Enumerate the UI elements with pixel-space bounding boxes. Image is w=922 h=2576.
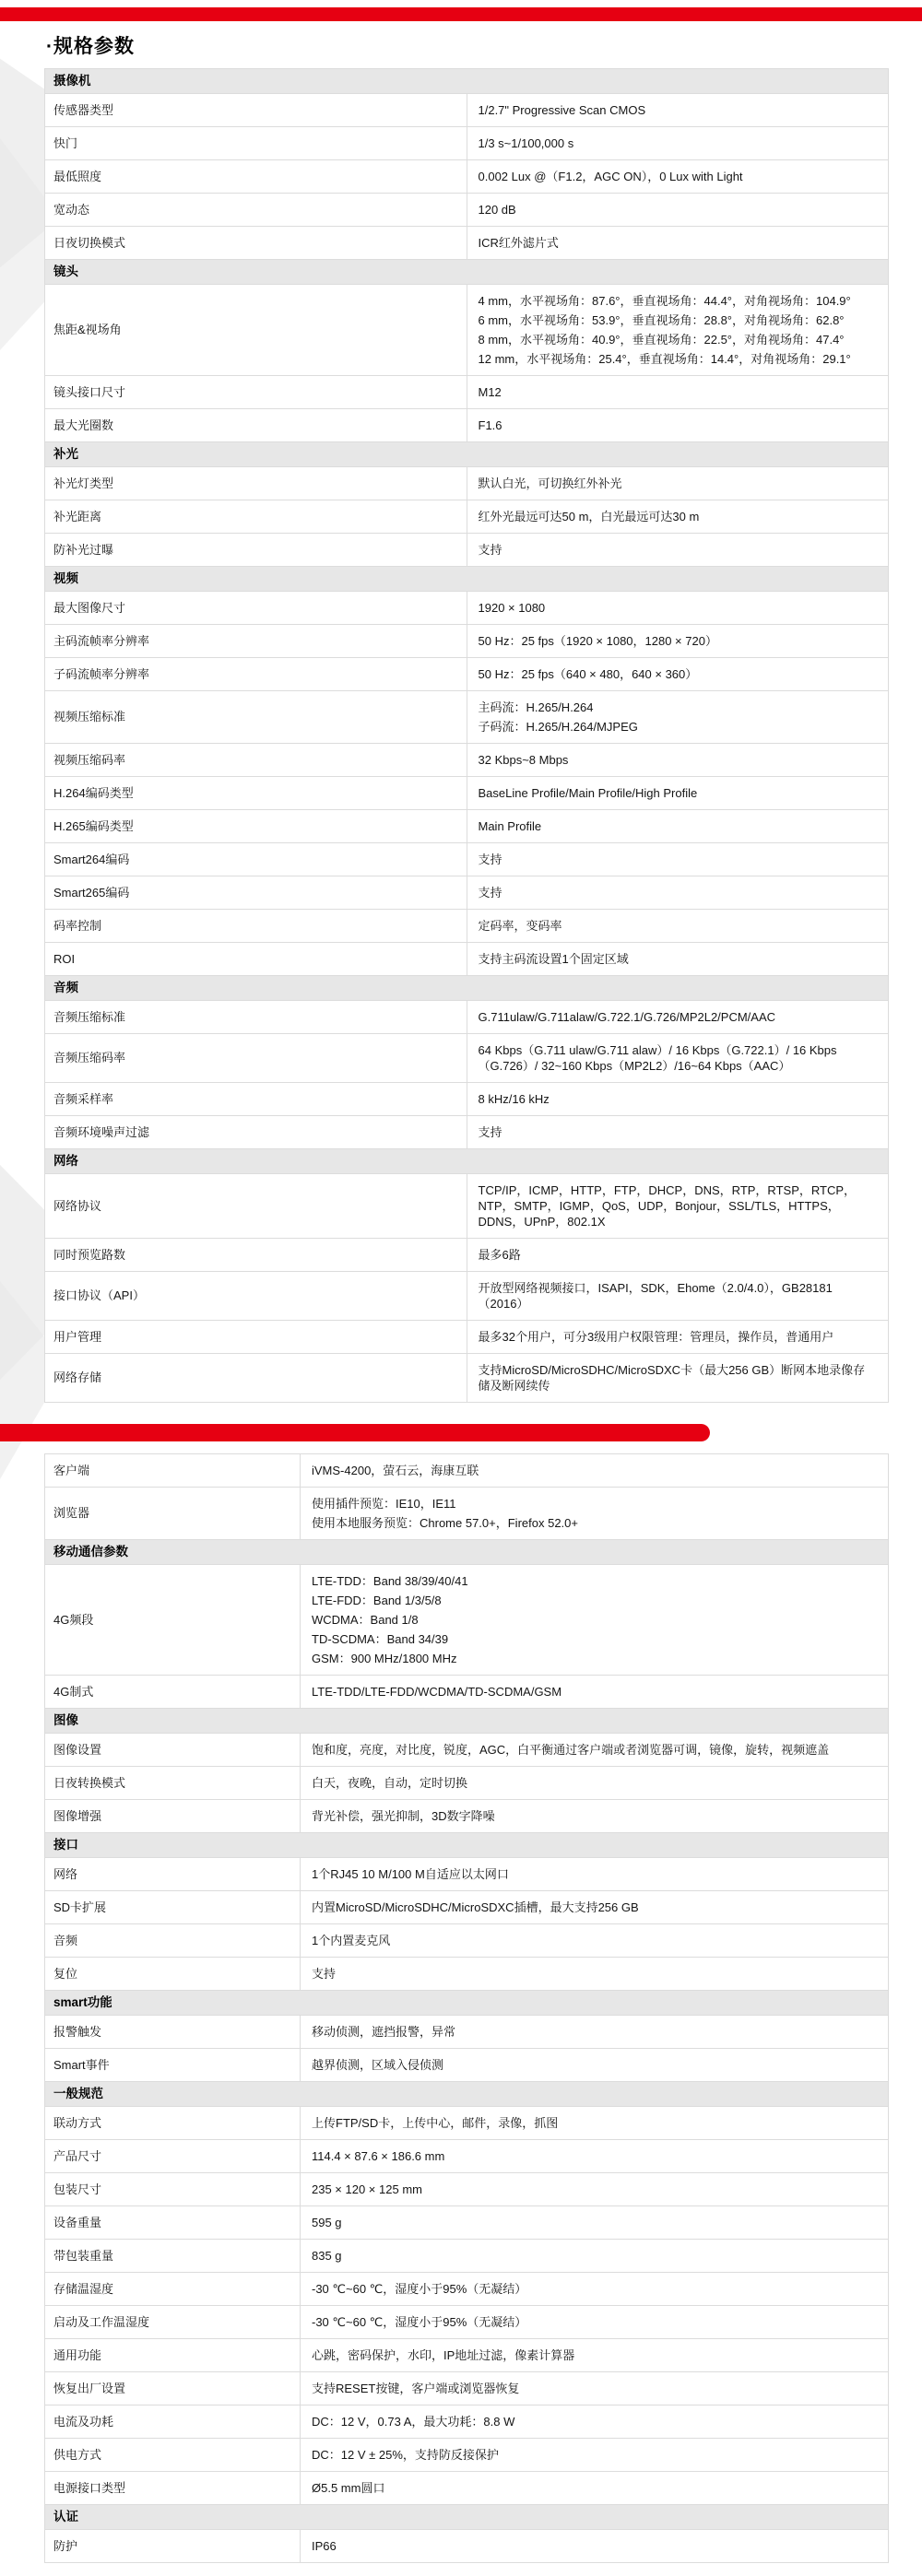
spec-value-line: G.711ulaw/G.711alaw/G.722.1/G.726/MP2L2/… bbox=[479, 1009, 878, 1025]
spec-row: SD卡扩展内置MicroSD/MicroSDHC/MicroSDXC插槽，最大支… bbox=[45, 1891, 889, 1924]
spec-value: LTE-TDD/LTE-FDD/WCDMA/TD-SCDMA/GSM bbox=[301, 1676, 889, 1709]
spec-value: 支持 bbox=[467, 843, 889, 876]
spec-value: 64 Kbps（G.711 ulaw/G.711 alaw）/ 16 Kbps（… bbox=[467, 1034, 889, 1083]
spec-value: iVMS-4200，萤石云，海康互联 bbox=[301, 1454, 889, 1488]
spec-value: M12 bbox=[467, 376, 889, 409]
bottom-spacer bbox=[0, 2563, 922, 2576]
spec-label: 视频压缩标准 bbox=[45, 691, 467, 744]
spec-label: 传感器类型 bbox=[45, 94, 467, 127]
spec-value-line: Ø5.5 mm圆口 bbox=[312, 2480, 877, 2496]
spec-row: 音频环境噪声过滤支持 bbox=[45, 1116, 889, 1149]
spec-value-line: 1个RJ45 10 M/100 M自适应以太网口 bbox=[312, 1866, 877, 1882]
spec-value: 1/3 s~1/100,000 s bbox=[467, 127, 889, 160]
spec-table-lower-body: 客户端iVMS-4200，萤石云，海康互联浏览器使用插件预览：IE10，IE11… bbox=[45, 1454, 889, 2563]
spec-label: 防补光过曝 bbox=[45, 534, 467, 567]
section-header-row: 网络 bbox=[45, 1149, 889, 1174]
spec-label: 接口协议（API） bbox=[45, 1272, 467, 1321]
section-header-row: 摄像机 bbox=[45, 69, 889, 94]
spec-value: 235 × 120 × 125 mm bbox=[301, 2173, 889, 2206]
spec-label: 复位 bbox=[45, 1958, 301, 1991]
spec-label: 产品尺寸 bbox=[45, 2140, 301, 2173]
spec-row: 电源接口类型Ø5.5 mm圆口 bbox=[45, 2472, 889, 2505]
spec-value-line: F1.6 bbox=[479, 418, 878, 433]
spec-row: 网络1个RJ45 10 M/100 M自适应以太网口 bbox=[45, 1858, 889, 1891]
spec-value: 越界侦测，区域入侵侦测 bbox=[301, 2049, 889, 2082]
spec-table-upper: 摄像机传感器类型1/2.7" Progressive Scan CMOS快门1/… bbox=[44, 68, 889, 1403]
spec-value: 背光补偿，强光抑制，3D数字降噪 bbox=[301, 1800, 889, 1833]
spec-value: 835 g bbox=[301, 2240, 889, 2273]
spec-value: 默认白光，可切换红外补光 bbox=[467, 467, 889, 500]
spec-row: 4G制式LTE-TDD/LTE-FDD/WCDMA/TD-SCDMA/GSM bbox=[45, 1676, 889, 1709]
section-header: 认证 bbox=[45, 2505, 889, 2530]
spec-row: Smart265编码支持 bbox=[45, 876, 889, 910]
section-header-row: 视频 bbox=[45, 567, 889, 592]
spec-row: 日夜转换模式白天，夜晚，自动，定时切换 bbox=[45, 1767, 889, 1800]
spec-value: 内置MicroSD/MicroSDHC/MicroSDXC插槽，最大支持256 … bbox=[301, 1891, 889, 1924]
spec-label: 主码流帧率分辨率 bbox=[45, 625, 467, 658]
section-header-row: 认证 bbox=[45, 2505, 889, 2530]
spec-label: 焦距&视场角 bbox=[45, 285, 467, 376]
section-header-row: 图像 bbox=[45, 1709, 889, 1734]
spec-row: 图像增强背光补偿，强光抑制，3D数字降噪 bbox=[45, 1800, 889, 1833]
spec-value-line: 默认白光，可切换红外补光 bbox=[479, 476, 878, 491]
spec-row: 设备重量595 g bbox=[45, 2206, 889, 2240]
spec-value: IP66 bbox=[301, 2530, 889, 2563]
spec-value: 50 Hz：25 fps（1920 × 1080，1280 × 720） bbox=[467, 625, 889, 658]
spec-row: H.265编码类型Main Profile bbox=[45, 810, 889, 843]
spec-row: 日夜切换模式ICR红外滤片式 bbox=[45, 227, 889, 260]
spec-value: 595 g bbox=[301, 2206, 889, 2240]
spec-value-line: LTE-TDD/LTE-FDD/WCDMA/TD-SCDMA/GSM bbox=[312, 1684, 877, 1700]
spec-row: 音频压缩码率64 Kbps（G.711 ulaw/G.711 alaw）/ 16… bbox=[45, 1034, 889, 1083]
spec-value-line: 1920 × 1080 bbox=[479, 600, 878, 616]
section-header: 补光 bbox=[45, 442, 889, 467]
spec-label: 宽动态 bbox=[45, 194, 467, 227]
spec-value-line: 支持RESET按键，客户端或浏览器恢复 bbox=[312, 2381, 877, 2396]
spec-value-line: 使用插件预览：IE10，IE11 bbox=[312, 1496, 877, 1511]
spec-value-line: 越界侦测，区域入侵侦测 bbox=[312, 2057, 877, 2073]
spec-value: LTE-TDD：Band 38/39/40/41LTE-FDD：Band 1/3… bbox=[301, 1565, 889, 1676]
spec-value-line: 235 × 120 × 125 mm bbox=[312, 2182, 877, 2197]
spec-value-line: 4 mm，水平视场角：87.6°，垂直视场角：44.4°，对角视场角：104.9… bbox=[479, 293, 878, 309]
spec-row: 音频压缩标准G.711ulaw/G.711alaw/G.722.1/G.726/… bbox=[45, 1001, 889, 1034]
section-header: 镜头 bbox=[45, 260, 889, 285]
spec-label: 补光灯类型 bbox=[45, 467, 467, 500]
spec-value-line: TD-SCDMA：Band 34/39 bbox=[312, 1631, 877, 1647]
spec-value-line: 背光补偿，强光抑制，3D数字降噪 bbox=[312, 1808, 877, 1824]
spec-value-line: 定码率，变码率 bbox=[479, 918, 878, 934]
spec-label: 同时预览路数 bbox=[45, 1239, 467, 1272]
spec-value: 1个RJ45 10 M/100 M自适应以太网口 bbox=[301, 1858, 889, 1891]
spec-value: 移动侦测，遮挡报警，异常 bbox=[301, 2016, 889, 2049]
spec-table-lower: 客户端iVMS-4200，萤石云，海康互联浏览器使用插件预览：IE10，IE11… bbox=[44, 1453, 889, 2563]
spec-label: Smart265编码 bbox=[45, 876, 467, 910]
spec-value: 1/2.7" Progressive Scan CMOS bbox=[467, 94, 889, 127]
spec-value-line: WCDMA：Band 1/8 bbox=[312, 1612, 877, 1628]
spec-value: 最多32个用户，可分3级用户权限管理：管理员，操作员，普通用户 bbox=[467, 1321, 889, 1354]
spec-value-line: 50 Hz：25 fps（1920 × 1080，1280 × 720） bbox=[479, 633, 878, 649]
spec-value: 32 Kbps~8 Mbps bbox=[467, 744, 889, 777]
spec-row: 最大光圈数F1.6 bbox=[45, 409, 889, 442]
spec-value-line: 1个内置麦克风 bbox=[312, 1933, 877, 1948]
spec-row: 快门1/3 s~1/100,000 s bbox=[45, 127, 889, 160]
spec-value-line: 595 g bbox=[312, 2215, 877, 2230]
spec-value-line: GSM：900 MHz/1800 MHz bbox=[312, 1651, 877, 1666]
spec-value-line: 最多6路 bbox=[479, 1247, 878, 1263]
section-header: 接口 bbox=[45, 1833, 889, 1858]
spec-value-line: 使用本地服务预览：Chrome 57.0+，Firefox 52.0+ bbox=[312, 1515, 877, 1531]
spec-value-line: 1/2.7" Progressive Scan CMOS bbox=[479, 102, 878, 118]
spec-document: ·规格参数 摄像机传感器类型1/2.7" Progressive Scan CM… bbox=[0, 0, 922, 2576]
spec-label: 浏览器 bbox=[45, 1488, 301, 1540]
spec-label: 带包装重量 bbox=[45, 2240, 301, 2273]
spec-value: 使用插件预览：IE10，IE11使用本地服务预览：Chrome 57.0+，Fi… bbox=[301, 1488, 889, 1540]
spec-label: ROI bbox=[45, 943, 467, 976]
spec-label: 联动方式 bbox=[45, 2107, 301, 2140]
spec-value-line: 1/3 s~1/100,000 s bbox=[479, 135, 878, 151]
section-header: 视频 bbox=[45, 567, 889, 592]
spec-value-line: -30 ℃~60 ℃，湿度小于95%（无凝结） bbox=[312, 2281, 877, 2297]
spec-value-line: TCP/IP，ICMP，HTTP，FTP，DHCP，DNS，RTP，RTSP，R… bbox=[479, 1182, 878, 1229]
spec-row: 供电方式DC：12 V ± 25%，支持防反接保护 bbox=[45, 2439, 889, 2472]
spec-value-line: BaseLine Profile/Main Profile/High Profi… bbox=[479, 785, 878, 801]
spec-row: 防护IP66 bbox=[45, 2530, 889, 2563]
spec-row: 网络协议TCP/IP，ICMP，HTTP，FTP，DHCP，DNS，RTP，RT… bbox=[45, 1174, 889, 1239]
spec-label: 补光距离 bbox=[45, 500, 467, 534]
spec-value: DC：12 V，0.73 A，最大功耗：8.8 W bbox=[301, 2405, 889, 2439]
spec-value-line: 支持 bbox=[479, 885, 878, 900]
spec-value-line: 120 dB bbox=[479, 202, 878, 218]
spec-value-line: LTE-TDD：Band 38/39/40/41 bbox=[312, 1573, 877, 1589]
spec-row: 包装尺寸235 × 120 × 125 mm bbox=[45, 2173, 889, 2206]
spec-label: 图像设置 bbox=[45, 1734, 301, 1767]
spec-label: 启动及工作温湿度 bbox=[45, 2306, 301, 2339]
spec-value-line: 12 mm，水平视场角：25.4°，垂直视场角：14.4°，对角视场角：29.1… bbox=[479, 351, 878, 367]
spec-row: 主码流帧率分辨率50 Hz：25 fps（1920 × 1080，1280 × … bbox=[45, 625, 889, 658]
top-red-bar bbox=[0, 7, 922, 21]
spec-label: 最大光圈数 bbox=[45, 409, 467, 442]
spec-label: 4G频段 bbox=[45, 1565, 301, 1676]
spec-row: 带包装重量835 g bbox=[45, 2240, 889, 2273]
spec-label: 包装尺寸 bbox=[45, 2173, 301, 2206]
spec-value-line: iVMS-4200，萤石云，海康互联 bbox=[312, 1463, 877, 1478]
spec-value-line: 32 Kbps~8 Mbps bbox=[479, 752, 878, 768]
spec-label: 客户端 bbox=[45, 1454, 301, 1488]
spec-row: ROI支持主码流设置1个固定区域 bbox=[45, 943, 889, 976]
spec-row: 视频压缩标准主码流：H.265/H.264子码流：H.265/H.264/MJP… bbox=[45, 691, 889, 744]
spec-label: 存储温湿度 bbox=[45, 2273, 301, 2306]
spec-value: -30 ℃~60 ℃，湿度小于95%（无凝结） bbox=[301, 2273, 889, 2306]
spec-row: 用户管理最多32个用户，可分3级用户权限管理：管理员，操作员，普通用户 bbox=[45, 1321, 889, 1354]
spec-label: 网络存储 bbox=[45, 1354, 467, 1403]
spec-row: 图像设置饱和度，亮度，对比度，锐度，AGC，白平衡通过客户端或者浏览器可调，镜像… bbox=[45, 1734, 889, 1767]
spec-row: 同时预览路数最多6路 bbox=[45, 1239, 889, 1272]
spec-value-line: 支持 bbox=[312, 1966, 877, 1982]
spec-label: 音频 bbox=[45, 1924, 301, 1958]
spec-row: 联动方式上传FTP/SD卡，上传中心，邮件，录像，抓图 bbox=[45, 2107, 889, 2140]
spec-label: 码率控制 bbox=[45, 910, 467, 943]
spec-value: 心跳，密码保护，水印，IP地址过滤，像素计算器 bbox=[301, 2339, 889, 2372]
spec-value-line: 上传FTP/SD卡，上传中心，邮件，录像，抓图 bbox=[312, 2115, 877, 2131]
section-header-row: smart功能 bbox=[45, 1991, 889, 2016]
spec-row: Smart264编码支持 bbox=[45, 843, 889, 876]
spec-label: 4G制式 bbox=[45, 1676, 301, 1709]
spec-value: 饱和度，亮度，对比度，锐度，AGC，白平衡通过客户端或者浏览器可调，镜像，旋转，… bbox=[301, 1734, 889, 1767]
spec-row: 接口协议（API）开放型网络视频接口，ISAPI，SDK，Ehome（2.0/4… bbox=[45, 1272, 889, 1321]
section-header: 摄像机 bbox=[45, 69, 889, 94]
spec-value: Ø5.5 mm圆口 bbox=[301, 2472, 889, 2505]
spec-value: 8 kHz/16 kHz bbox=[467, 1083, 889, 1116]
spec-row: 4G频段LTE-TDD：Band 38/39/40/41LTE-FDD：Band… bbox=[45, 1565, 889, 1676]
spec-row: 通用功能心跳，密码保护，水印，IP地址过滤，像素计算器 bbox=[45, 2339, 889, 2372]
spec-label: 最低照度 bbox=[45, 160, 467, 194]
spec-row: 客户端iVMS-4200，萤石云，海康互联 bbox=[45, 1454, 889, 1488]
spec-value-line: 饱和度，亮度，对比度，锐度，AGC，白平衡通过客户端或者浏览器可调，镜像，旋转，… bbox=[312, 1742, 877, 1758]
spec-value: 白天，夜晚，自动，定时切换 bbox=[301, 1767, 889, 1800]
spec-label: 电源接口类型 bbox=[45, 2472, 301, 2505]
spec-value: 支持 bbox=[467, 1116, 889, 1149]
spec-value: 红外光最远可达50 m，白光最远可达30 m bbox=[467, 500, 889, 534]
section-header-row: 接口 bbox=[45, 1833, 889, 1858]
spec-label: 子码流帧率分辨率 bbox=[45, 658, 467, 691]
spec-value: 支持主码流设置1个固定区域 bbox=[467, 943, 889, 976]
spec-row: 报警触发移动侦测，遮挡报警，异常 bbox=[45, 2016, 889, 2049]
spec-value: F1.6 bbox=[467, 409, 889, 442]
spec-label: 日夜切换模式 bbox=[45, 227, 467, 260]
spec-row: 补光距离红外光最远可达50 m，白光最远可达30 m bbox=[45, 500, 889, 534]
spec-value: TCP/IP，ICMP，HTTP，FTP，DHCP，DNS，RTP，RTSP，R… bbox=[467, 1174, 889, 1239]
spec-value: -30 ℃~60 ℃，湿度小于95%（无凝结） bbox=[301, 2306, 889, 2339]
spec-value: 支持RESET按键，客户端或浏览器恢复 bbox=[301, 2372, 889, 2405]
section-header-row: 音频 bbox=[45, 976, 889, 1001]
spec-value-line: 红外光最远可达50 m，白光最远可达30 m bbox=[479, 509, 878, 524]
spec-label: 电流及功耗 bbox=[45, 2405, 301, 2439]
spec-value: 最多6路 bbox=[467, 1239, 889, 1272]
section-header-row: 补光 bbox=[45, 442, 889, 467]
spec-row: 宽动态120 dB bbox=[45, 194, 889, 227]
spec-row: 网络存储支持MicroSD/MicroSDHC/MicroSDXC卡（最大256… bbox=[45, 1354, 889, 1403]
spec-value: 支持 bbox=[467, 534, 889, 567]
spec-value-line: IP66 bbox=[312, 2538, 877, 2554]
spec-value-line: 114.4 × 87.6 × 186.6 mm bbox=[312, 2148, 877, 2164]
section-divider-bar bbox=[0, 1424, 710, 1441]
page-title: ·规格参数 bbox=[46, 31, 922, 59]
spec-row: 产品尺寸114.4 × 87.6 × 186.6 mm bbox=[45, 2140, 889, 2173]
spec-label: 设备重量 bbox=[45, 2206, 301, 2240]
spec-label: Smart事件 bbox=[45, 2049, 301, 2082]
spec-row: 补光灯类型默认白光，可切换红外补光 bbox=[45, 467, 889, 500]
spec-value-line: 6 mm，水平视场角：53.9°，垂直视场角：28.8°，对角视场角：62.8° bbox=[479, 312, 878, 328]
spec-label: 网络协议 bbox=[45, 1174, 467, 1239]
spec-value: ICR红外滤片式 bbox=[467, 227, 889, 260]
spec-row: 传感器类型1/2.7" Progressive Scan CMOS bbox=[45, 94, 889, 127]
spec-label: 最大图像尺寸 bbox=[45, 592, 467, 625]
spec-label: SD卡扩展 bbox=[45, 1891, 301, 1924]
spec-value-line: M12 bbox=[479, 384, 878, 400]
spec-row: 最大图像尺寸1920 × 1080 bbox=[45, 592, 889, 625]
spec-value-line: 支持MicroSD/MicroSDHC/MicroSDXC卡（最大256 GB）… bbox=[479, 1362, 878, 1394]
section-header: 一般规范 bbox=[45, 2082, 889, 2107]
spec-value-line: DC：12 V ± 25%，支持防反接保护 bbox=[312, 2447, 877, 2463]
spec-value-line: 0.002 Lux @（F1.2，AGC ON），0 Lux with Ligh… bbox=[479, 169, 878, 184]
spec-row: 恢复出厂设置支持RESET按键，客户端或浏览器恢复 bbox=[45, 2372, 889, 2405]
spec-value-line: 8 mm，水平视场角：40.9°，垂直视场角：22.5°，对角视场角：47.4° bbox=[479, 332, 878, 347]
spec-value: 支持 bbox=[467, 876, 889, 910]
section-header: 网络 bbox=[45, 1149, 889, 1174]
spec-label: 网络 bbox=[45, 1858, 301, 1891]
spec-value-line: 白天，夜晚，自动，定时切换 bbox=[312, 1775, 877, 1791]
spec-row: 电流及功耗DC：12 V，0.73 A，最大功耗：8.8 W bbox=[45, 2405, 889, 2439]
spec-label: Smart264编码 bbox=[45, 843, 467, 876]
section-header-row: 移动通信参数 bbox=[45, 1540, 889, 1565]
spec-label: 音频环境噪声过滤 bbox=[45, 1116, 467, 1149]
spec-label: 防护 bbox=[45, 2530, 301, 2563]
spec-value: DC：12 V ± 25%，支持防反接保护 bbox=[301, 2439, 889, 2472]
spec-value: 1个内置麦克风 bbox=[301, 1924, 889, 1958]
spec-row: 防补光过曝支持 bbox=[45, 534, 889, 567]
spec-label: H.264编码类型 bbox=[45, 777, 467, 810]
spec-label: 恢复出厂设置 bbox=[45, 2372, 301, 2405]
spec-label: 报警触发 bbox=[45, 2016, 301, 2049]
spec-value: 1920 × 1080 bbox=[467, 592, 889, 625]
spec-value-line: 支持 bbox=[479, 542, 878, 558]
spec-value: 4 mm，水平视场角：87.6°，垂直视场角：44.4°，对角视场角：104.9… bbox=[467, 285, 889, 376]
spec-table-upper-body: 摄像机传感器类型1/2.7" Progressive Scan CMOS快门1/… bbox=[45, 69, 889, 1403]
spec-row: 焦距&视场角4 mm，水平视场角：87.6°，垂直视场角：44.4°，对角视场角… bbox=[45, 285, 889, 376]
spec-value: 50 Hz：25 fps（640 × 480，640 × 360） bbox=[467, 658, 889, 691]
spec-label: 图像增强 bbox=[45, 1800, 301, 1833]
spec-label: 通用功能 bbox=[45, 2339, 301, 2372]
spec-label: 日夜转换模式 bbox=[45, 1767, 301, 1800]
spec-value: BaseLine Profile/Main Profile/High Profi… bbox=[467, 777, 889, 810]
section-header-row: 一般规范 bbox=[45, 2082, 889, 2107]
spec-label: 音频采样率 bbox=[45, 1083, 467, 1116]
spec-value-line: 开放型网络视频接口，ISAPI，SDK，Ehome（2.0/4.0），GB281… bbox=[479, 1280, 878, 1312]
spec-value-line: -30 ℃~60 ℃，湿度小于95%（无凝结） bbox=[312, 2314, 877, 2330]
spec-value: G.711ulaw/G.711alaw/G.722.1/G.726/MP2L2/… bbox=[467, 1001, 889, 1034]
spec-label: 供电方式 bbox=[45, 2439, 301, 2472]
spec-value-line: Main Profile bbox=[479, 818, 878, 834]
spec-value-line: 支持 bbox=[479, 1124, 878, 1140]
spec-value: 0.002 Lux @（F1.2，AGC ON），0 Lux with Ligh… bbox=[467, 160, 889, 194]
spec-value-line: LTE-FDD：Band 1/3/5/8 bbox=[312, 1593, 877, 1608]
spec-label: 音频压缩标准 bbox=[45, 1001, 467, 1034]
section-header: 音频 bbox=[45, 976, 889, 1001]
spec-row: 最低照度0.002 Lux @（F1.2，AGC ON），0 Lux with … bbox=[45, 160, 889, 194]
section-header: 移动通信参数 bbox=[45, 1540, 889, 1565]
spec-value-line: 移动侦测，遮挡报警，异常 bbox=[312, 2024, 877, 2040]
spec-value-line: 64 Kbps（G.711 ulaw/G.711 alaw）/ 16 Kbps（… bbox=[479, 1042, 878, 1074]
section-header-row: 镜头 bbox=[45, 260, 889, 285]
spec-row: 音频1个内置麦克风 bbox=[45, 1924, 889, 1958]
spec-value: 114.4 × 87.6 × 186.6 mm bbox=[301, 2140, 889, 2173]
spec-row: 子码流帧率分辨率50 Hz：25 fps（640 × 480，640 × 360… bbox=[45, 658, 889, 691]
spec-value-line: ICR红外滤片式 bbox=[479, 235, 878, 251]
spec-row: 音频采样率8 kHz/16 kHz bbox=[45, 1083, 889, 1116]
spec-row: Smart事件越界侦测，区域入侵侦测 bbox=[45, 2049, 889, 2082]
section-header: smart功能 bbox=[45, 1991, 889, 2016]
spec-row: 启动及工作温湿度-30 ℃~60 ℃，湿度小于95%（无凝结） bbox=[45, 2306, 889, 2339]
spec-value: 支持MicroSD/MicroSDHC/MicroSDXC卡（最大256 GB）… bbox=[467, 1354, 889, 1403]
spec-value-line: 835 g bbox=[312, 2248, 877, 2264]
spec-label: 用户管理 bbox=[45, 1321, 467, 1354]
spec-value-line: 子码流：H.265/H.264/MJPEG bbox=[479, 719, 878, 735]
spec-value: 开放型网络视频接口，ISAPI，SDK，Ehome（2.0/4.0），GB281… bbox=[467, 1272, 889, 1321]
spec-value-line: 最多32个用户，可分3级用户权限管理：管理员，操作员，普通用户 bbox=[479, 1329, 878, 1345]
spec-row: 复位支持 bbox=[45, 1958, 889, 1991]
spec-value-line: DC：12 V，0.73 A，最大功耗：8.8 W bbox=[312, 2414, 877, 2429]
spec-row: 镜头接口尺寸M12 bbox=[45, 376, 889, 409]
spec-label: 快门 bbox=[45, 127, 467, 160]
spec-label: 视频压缩码率 bbox=[45, 744, 467, 777]
spec-value-line: 心跳，密码保护，水印，IP地址过滤，像素计算器 bbox=[312, 2347, 877, 2363]
section-header: 图像 bbox=[45, 1709, 889, 1734]
spec-value-line: 内置MicroSD/MicroSDHC/MicroSDXC插槽，最大支持256 … bbox=[312, 1900, 877, 1915]
spec-label: H.265编码类型 bbox=[45, 810, 467, 843]
spec-value: 定码率，变码率 bbox=[467, 910, 889, 943]
spec-label: 镜头接口尺寸 bbox=[45, 376, 467, 409]
spec-value: Main Profile bbox=[467, 810, 889, 843]
spec-value: 支持 bbox=[301, 1958, 889, 1991]
spec-value: 上传FTP/SD卡，上传中心，邮件，录像，抓图 bbox=[301, 2107, 889, 2140]
spec-row: 视频压缩码率32 Kbps~8 Mbps bbox=[45, 744, 889, 777]
spec-value-line: 主码流：H.265/H.264 bbox=[479, 700, 878, 715]
spec-value-line: 50 Hz：25 fps（640 × 480，640 × 360） bbox=[479, 666, 878, 682]
spec-value: 主码流：H.265/H.264子码流：H.265/H.264/MJPEG bbox=[467, 691, 889, 744]
spec-row: 存储温湿度-30 ℃~60 ℃，湿度小于95%（无凝结） bbox=[45, 2273, 889, 2306]
spec-value-line: 8 kHz/16 kHz bbox=[479, 1091, 878, 1107]
spec-row: 码率控制定码率，变码率 bbox=[45, 910, 889, 943]
spec-value-line: 支持 bbox=[479, 852, 878, 867]
spec-row: 浏览器使用插件预览：IE10，IE11使用本地服务预览：Chrome 57.0+… bbox=[45, 1488, 889, 1540]
spec-label: 音频压缩码率 bbox=[45, 1034, 467, 1083]
spec-value-line: 支持主码流设置1个固定区域 bbox=[479, 951, 878, 967]
spec-value: 120 dB bbox=[467, 194, 889, 227]
spec-row: H.264编码类型BaseLine Profile/Main Profile/H… bbox=[45, 777, 889, 810]
